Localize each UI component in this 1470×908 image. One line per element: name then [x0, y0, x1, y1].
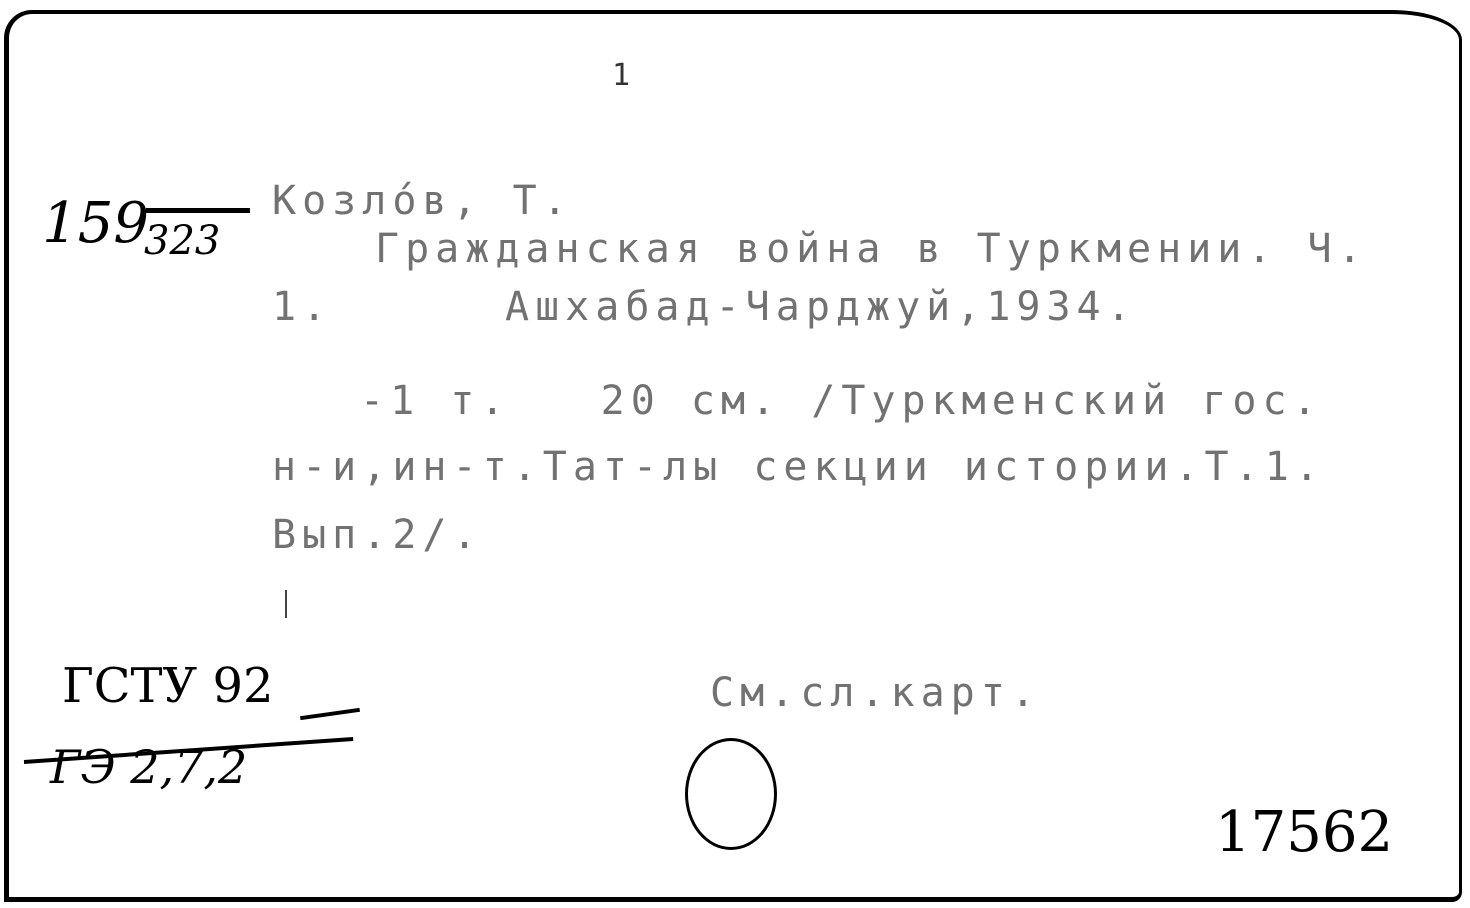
- title-line-1: Гражданская война в Туркмении. Ч.: [375, 226, 1368, 272]
- inventory-number: 17562: [1215, 800, 1393, 865]
- author: Козлóв, Т.: [272, 178, 573, 224]
- handwritten-code: ГСТУ 92: [62, 658, 274, 714]
- collation-line-3: Вып.2/.: [272, 512, 483, 558]
- imprint: Ашхабад-Чарджуй,1934.: [505, 284, 1137, 330]
- call-number-top: 159: [42, 191, 149, 256]
- collation-line-1: -1 т. 20 см. /Туркменский гос.: [360, 378, 1323, 424]
- page-number: 1: [612, 58, 630, 93]
- margin-tick: [285, 590, 287, 618]
- see-also-note: См.сл.карт.: [710, 670, 1041, 716]
- stamp-circle-icon: [685, 738, 777, 850]
- call-number-bottom: 323: [144, 218, 220, 264]
- title-line-2-start: 1.: [272, 284, 332, 330]
- fraction-line: [146, 208, 250, 213]
- call-number: 159 323: [32, 172, 149, 294]
- collation-line-2: н-и,ин-т.Тат-лы секции истории.Т.1.: [272, 444, 1325, 490]
